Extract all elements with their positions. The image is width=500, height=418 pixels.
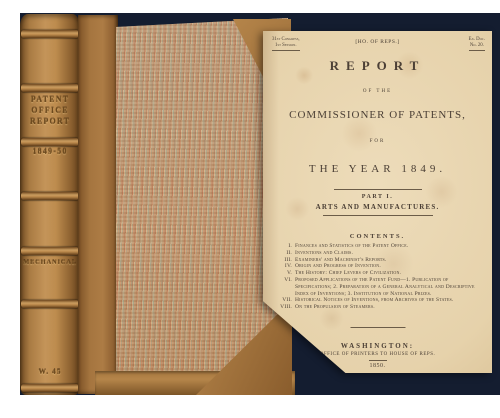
- book-photo: PATENT OFFICE REPORT 1849-50 MECHANICAL …: [0, 0, 500, 418]
- contents-text: Origin and Progress of Invention.: [295, 263, 479, 270]
- contents-text: Historical Notices of Inventions, from A…: [295, 297, 479, 304]
- chamber-label: [HO. OF REPS.]: [263, 39, 492, 45]
- contents-item: III. Examiners' and Machinist's Reports.: [277, 257, 479, 264]
- divider-rule: [323, 215, 433, 216]
- contents-numeral: IV.: [277, 263, 292, 270]
- spine-title-line: REPORT: [20, 117, 80, 127]
- spine-band: [21, 30, 79, 38]
- contents-item: IV. Origin and Progress of Invention.: [277, 263, 479, 270]
- spine-band: [21, 384, 79, 392]
- year-line: THE YEAR 1849.: [263, 163, 492, 175]
- book-spine: PATENT OFFICE REPORT 1849-50 MECHANICAL …: [20, 14, 80, 395]
- contents-item: V. The History: Chief Levers of Civiliza…: [277, 270, 479, 277]
- contents-text: Proposed Applications of the Patent Fund…: [295, 277, 479, 297]
- imprint-year: 1850.: [263, 363, 492, 369]
- spine-band: [21, 138, 79, 146]
- commissioner-line: COMMISSIONER OF PATENTS,: [263, 109, 492, 121]
- divider-rule: [369, 360, 387, 361]
- imprint-printer: OFFICE OF PRINTERS TO HOUSE OF REPS.: [263, 352, 492, 357]
- title-page-paper: 31st Congress, 1st Session. [HO. OF REPS…: [263, 31, 492, 373]
- doc-number-label: Ex. Doc. No. 20.: [469, 37, 485, 51]
- contents-item: I. Finances and Statistics of the Patent…: [277, 243, 479, 250]
- spine-band: [21, 84, 79, 92]
- spine-category: MECHANICAL: [20, 259, 80, 266]
- page-title: REPORT: [263, 58, 492, 74]
- spine-band: [21, 247, 79, 255]
- contents-text: Examiners' and Machinist's Reports.: [295, 257, 479, 264]
- for-line: FOR: [263, 139, 492, 144]
- contents-numeral: III.: [277, 257, 292, 264]
- contents-item: VIII. On the Propulsion of Steamers.: [277, 304, 479, 311]
- contents-text: The History: Chief Levers of Civilizatio…: [295, 270, 479, 277]
- spine-years: 1849-50: [20, 147, 80, 156]
- contents-text: Finances and Statistics of the Patent Of…: [295, 243, 479, 250]
- title-page: 31st Congress, 1st Session. [HO. OF REPS…: [263, 31, 492, 373]
- contents-numeral: II.: [277, 250, 292, 257]
- contents-numeral: VIII.: [277, 304, 292, 311]
- contents-numeral: VI.: [277, 277, 292, 297]
- spine-shelf-mark: W. 45: [20, 367, 80, 376]
- part-subtitle: ARTS AND MANUFACTURES.: [263, 203, 492, 211]
- part-label: PART I.: [263, 194, 492, 200]
- spine-band: [21, 192, 79, 200]
- contents-item: II. Inventions and Claims.: [277, 250, 479, 257]
- of-the-line: OF THE: [263, 89, 492, 94]
- contents-list: I. Finances and Statistics of the Patent…: [277, 243, 479, 311]
- contents-numeral: I.: [277, 243, 292, 250]
- contents-numeral: VII.: [277, 297, 292, 304]
- spine-title-line: PATENT: [20, 95, 80, 105]
- contents-numeral: V.: [277, 270, 292, 277]
- contents-text: On the Propulsion of Steamers.: [295, 304, 479, 311]
- leather-hinge: [78, 15, 118, 394]
- divider-rule: [350, 327, 405, 328]
- divider-rule: [334, 189, 422, 190]
- spine-band: [21, 300, 79, 308]
- spine-title-line: OFFICE: [20, 106, 80, 116]
- doc-number: No. 20.: [469, 43, 485, 49]
- imprint-city: WASHINGTON:: [263, 342, 492, 350]
- contents-heading: CONTENTS.: [263, 233, 492, 240]
- contents-item: VI. Proposed Applications of the Patent …: [277, 277, 479, 297]
- contents-text: Inventions and Claims.: [295, 250, 479, 257]
- contents-item: VII. Historical Notices of Inventions, f…: [277, 297, 479, 304]
